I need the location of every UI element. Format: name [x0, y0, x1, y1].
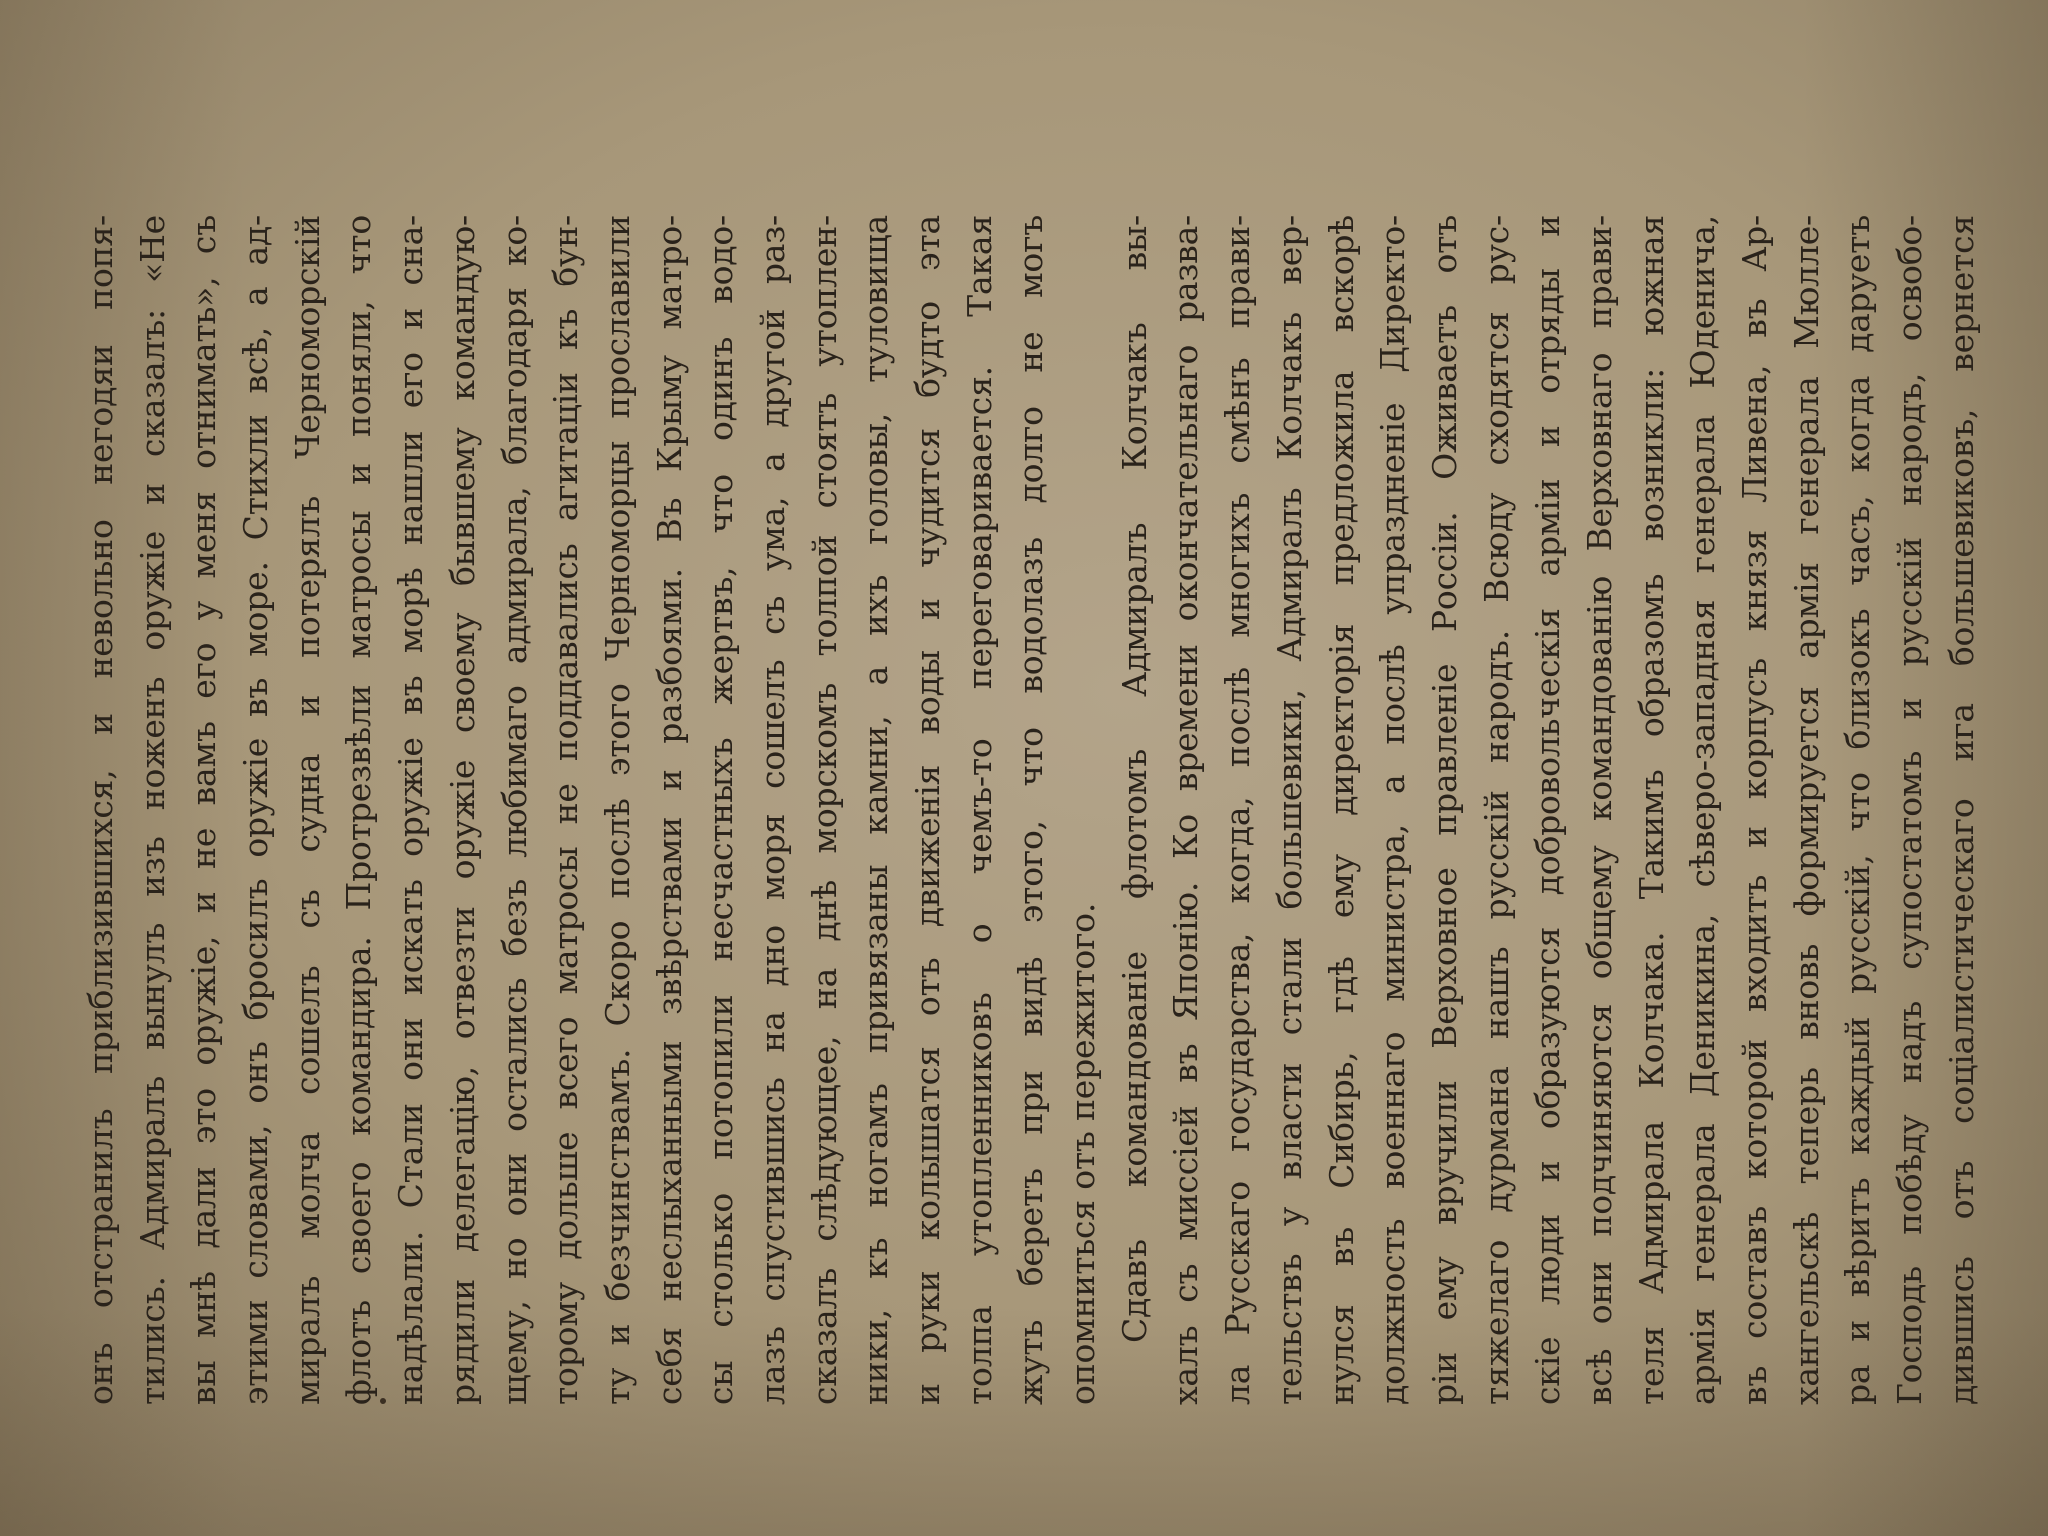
text-line: ра и вѣритъ каждый русскій, что близокъ …: [1832, 215, 1884, 1405]
text-line: сказалъ слѣдующее, на днѣ морскомъ толпо…: [799, 215, 851, 1405]
text-line: лазъ спустившись на дно моря сошелъ съ у…: [747, 215, 799, 1405]
paragraph-end-line: опомниться отъ пережитого.: [1057, 215, 1109, 1405]
text-line: нулся въ Сибирь, гдѣ ему директорія пред…: [1316, 215, 1368, 1405]
text-line: щему, но они остались безъ любимаго адми…: [489, 215, 541, 1405]
text-line: вы мнѣ дали это оружіе, и не вамъ его у …: [178, 215, 230, 1405]
text-line: армія генерала Деникина, сѣверо-западная…: [1677, 215, 1729, 1405]
text-line: тились. Адмиралъ вынулъ изъ ноженъ оружі…: [127, 215, 179, 1405]
text-line: надѣлали. Стали они искать оружіе въ мор…: [385, 215, 437, 1405]
text-line: халъ съ миссіей въ Японію. Ко времени ок…: [1160, 215, 1212, 1405]
text-line: онъ отстранилъ приблизившихся, и невольн…: [75, 215, 127, 1405]
text-line: сы столько потопили несчастныхъ жертвъ, …: [695, 215, 747, 1405]
text-line: хангельскѣ теперь вновь формируется армі…: [1781, 215, 1833, 1405]
text-line: миралъ молча сошелъ съ судна и потерялъ …: [282, 215, 334, 1405]
text-line: въ составъ которой входитъ и корпусъ кня…: [1729, 215, 1781, 1405]
text-line: скіе люди и образуются добровольческія а…: [1522, 215, 1574, 1405]
text-line: толпа утопленниковъ о чемъ-то переговари…: [954, 215, 1006, 1405]
text-line: ту и безчинствамъ. Скоро послѣ этого Чер…: [592, 215, 644, 1405]
text-line: себя неслыханными звѣрствами и разбоями.…: [644, 215, 696, 1405]
text-line: всѣ они подчиняются общему командованію …: [1574, 215, 1626, 1405]
text-line: ріи ему вручили Верховное правленіе Росс…: [1419, 215, 1471, 1405]
text-line: этими словами, онъ бросилъ оружіе въ мор…: [230, 215, 282, 1405]
page-text-block: онъ отстранилъ приблизившихся, и невольн…: [75, 215, 2041, 1405]
text-line: ла Русскаго государства, когда, послѣ мн…: [1212, 215, 1264, 1405]
text-line: флотъ своего командира. Протрезвѣли матр…: [333, 215, 385, 1405]
ink-speck: [1650, 1240, 1654, 1244]
text-line: тельствъ у власти стали большевики, Адми…: [1264, 215, 1316, 1405]
text-line: теля Адмирала Колчака. Такимъ образомъ в…: [1626, 215, 1678, 1405]
text-line: должность военнаго министра, а послѣ упр…: [1367, 215, 1419, 1405]
text-line: рядили делегацію, отвезти оружіе своему …: [437, 215, 489, 1405]
text-line: ники, къ ногамъ привязаны камни, а ихъ г…: [850, 215, 902, 1405]
text-line: и руки колышатся отъ движенія воды и чуд…: [902, 215, 954, 1405]
paragraph-start-line: Сдавъ командованіе флотомъ Адмиралъ Колч…: [1109, 215, 1161, 1405]
text-line: дившись отъ соціалистическаго ига больше…: [1936, 215, 1988, 1405]
ink-speck: [380, 1398, 386, 1404]
text-line: Господь побѣду надъ супостатомъ и русскі…: [1884, 215, 1936, 1405]
text-line: жуть беретъ при видѣ этого, что водолазъ…: [1005, 215, 1057, 1405]
text-line: тяжелаго дурмана нашъ русскій народъ. Вс…: [1471, 215, 1523, 1405]
text-line: торому дольше всего матросы не поддавали…: [540, 215, 592, 1405]
